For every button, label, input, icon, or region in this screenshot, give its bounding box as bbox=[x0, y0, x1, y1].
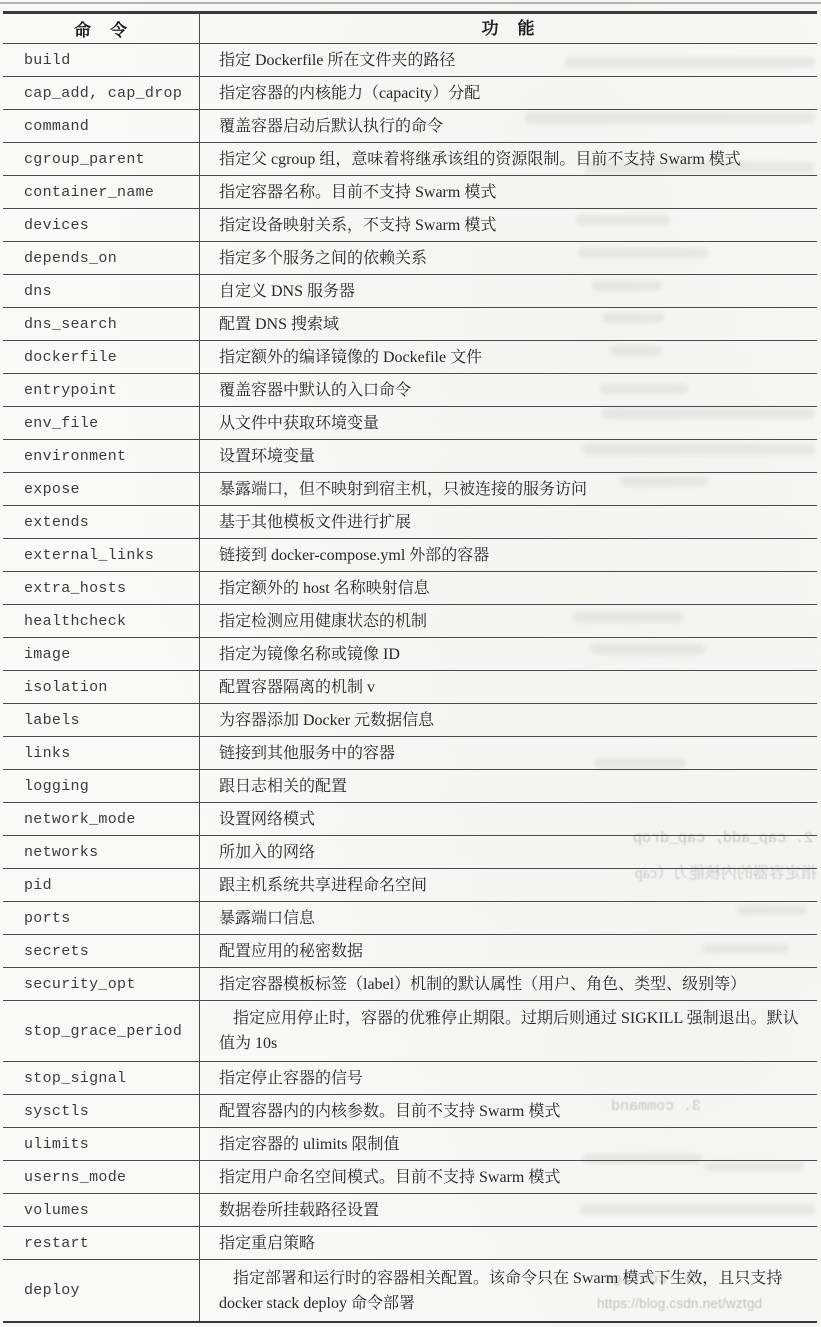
table-row: stop_signal 指定停止容器的信号 bbox=[3, 1062, 817, 1095]
command-cell-text: extra_hosts bbox=[24, 580, 126, 597]
command-cell: image bbox=[3, 638, 200, 670]
command-cell: environment bbox=[3, 440, 200, 472]
table-row: labels 为容器添加 Docker 元数据信息 bbox=[3, 704, 817, 737]
page-top-rule bbox=[0, 2, 821, 4]
function-cell-text: 所加入的网络 bbox=[219, 840, 315, 865]
function-cell-text: 跟日志相关的配置 bbox=[219, 774, 347, 799]
table-row: extra_hosts 指定额外的 host 名称映射信息 bbox=[3, 572, 817, 605]
command-cell-text: extends bbox=[24, 514, 89, 531]
command-cell-text: command bbox=[24, 118, 89, 135]
function-cell: 配置 DNS 搜索域 bbox=[200, 308, 817, 340]
table-row: healthcheck 指定检测应用健康状态的机制 bbox=[3, 605, 817, 638]
table-row: dns 自定义 DNS 服务器 bbox=[3, 275, 817, 308]
function-cell: 暴露端口，但不映射到宿主机，只被连接的服务访问 bbox=[200, 473, 817, 505]
command-cell-text: container_name bbox=[24, 184, 154, 201]
command-cell: container_name bbox=[3, 176, 200, 208]
command-cell-text: build bbox=[24, 52, 71, 69]
csdn-watermark: https://blog.csdn.net/wztgd bbox=[597, 1296, 819, 1311]
function-cell-text: 基于其他模板文件进行扩展 bbox=[219, 510, 411, 535]
table-row: secrets 配置应用的秘密数据 bbox=[3, 935, 817, 968]
function-cell: 指定设备映射关系，不支持 Swarm 模式 bbox=[200, 209, 817, 241]
command-cell: stop_grace_period bbox=[3, 1001, 200, 1061]
function-cell: 配置容器隔离的机制 v bbox=[200, 671, 817, 703]
function-cell-text: 指定容器的 ulimits 限制值 bbox=[219, 1132, 399, 1157]
command-cell: sysctls bbox=[3, 1095, 200, 1127]
table-row: security_opt 指定容器模板标签（label）机制的默认属性（用户、角… bbox=[3, 968, 817, 1001]
command-cell-text: network_mode bbox=[24, 811, 136, 828]
table-row: cap_add, cap_drop 指定容器的内核能力（capacity）分配 bbox=[3, 77, 817, 110]
table-row: isolation 配置容器隔离的机制 v bbox=[3, 671, 817, 704]
function-cell: 设置环境变量 bbox=[200, 440, 817, 472]
command-cell-text: devices bbox=[24, 217, 89, 234]
command-cell: dockerfile bbox=[3, 341, 200, 373]
function-cell-text: 配置容器隔离的机制 v bbox=[219, 675, 375, 700]
table-row: networks 所加入的网络 bbox=[3, 836, 817, 869]
function-cell-text: 设置网络模式 bbox=[219, 807, 315, 832]
command-cell: dns_search bbox=[3, 308, 200, 340]
function-cell-text: 指定额外的 host 名称映射信息 bbox=[219, 576, 430, 601]
command-cell-text: dns bbox=[24, 283, 52, 300]
function-cell-text: 暴露端口，但不映射到宿主机，只被连接的服务访问 bbox=[219, 477, 587, 502]
table-header-row: 命 令 功 能 bbox=[3, 14, 817, 44]
table-row: deploy 指定部署和运行时的容器相关配置。该命令只在 Swarm 模式下生效… bbox=[3, 1260, 817, 1321]
command-cell: devices bbox=[3, 209, 200, 241]
command-cell-text: secrets bbox=[24, 943, 89, 960]
function-cell-text: 设置环境变量 bbox=[219, 444, 315, 469]
command-cell-text: stop_signal bbox=[24, 1070, 126, 1087]
function-cell: 覆盖容器启动后默认执行的命令 bbox=[200, 110, 817, 142]
function-cell-text: 指定多个服务之间的依赖关系 bbox=[219, 246, 427, 271]
function-cell-text: 指定停止容器的信号 bbox=[219, 1066, 363, 1091]
command-cell: healthcheck bbox=[3, 605, 200, 637]
command-cell: depends_on bbox=[3, 242, 200, 274]
function-cell: 数据卷所挂载路径设置 bbox=[200, 1194, 817, 1226]
table-row: volumes 数据卷所挂载路径设置 bbox=[3, 1194, 817, 1227]
function-cell-text: 数据卷所挂载路径设置 bbox=[219, 1198, 379, 1223]
command-cell: external_links bbox=[3, 539, 200, 571]
function-cell: 指定为镜像名称或镜像 ID bbox=[200, 638, 817, 670]
function-cell: 指定额外的 host 名称映射信息 bbox=[200, 572, 817, 604]
function-cell-text: 指定用户命名空间模式。目前不支持 Swarm 模式 bbox=[219, 1165, 560, 1190]
command-cell-text: security_opt bbox=[24, 976, 136, 993]
function-cell: 指定额外的编译镜像的 Dockefile 文件 bbox=[200, 341, 817, 373]
table-row: extends 基于其他模板文件进行扩展 bbox=[3, 506, 817, 539]
command-cell-text: userns_mode bbox=[24, 1169, 126, 1186]
function-cell: 指定容器名称。目前不支持 Swarm 模式 bbox=[200, 176, 817, 208]
function-cell: 链接到 docker-compose.yml 外部的容器 bbox=[200, 539, 817, 571]
table-row: expose 暴露端口，但不映射到宿主机，只被连接的服务访问 bbox=[3, 473, 817, 506]
command-cell: volumes bbox=[3, 1194, 200, 1226]
function-cell-text: 覆盖容器中默认的入口命令 bbox=[219, 378, 411, 403]
command-cell-text: volumes bbox=[24, 1202, 89, 1219]
command-cell-text: environment bbox=[24, 448, 126, 465]
command-cell-text: stop_grace_period bbox=[24, 1023, 182, 1040]
function-cell-text: 指定容器模板标签（label）机制的默认属性（用户、角色、类型、级别等） bbox=[219, 972, 746, 997]
command-cell-text: labels bbox=[24, 712, 80, 729]
command-cell: extends bbox=[3, 506, 200, 538]
command-cell-text: healthcheck bbox=[24, 613, 126, 630]
table-row: logging 跟日志相关的配置 bbox=[3, 770, 817, 803]
table-row: dns_search 配置 DNS 搜索域 bbox=[3, 308, 817, 341]
command-column-header-text: 命 令 bbox=[74, 16, 128, 42]
command-cell: userns_mode bbox=[3, 1161, 200, 1193]
function-cell: 指定 Dockerfile 所在文件夹的路径 bbox=[200, 44, 817, 76]
command-cell: expose bbox=[3, 473, 200, 505]
function-cell-text: 从文件中获取环境变量 bbox=[219, 411, 379, 436]
command-cell-text: dns_search bbox=[24, 316, 117, 333]
function-cell-text: 配置 DNS 搜索域 bbox=[219, 312, 339, 337]
function-cell: 指定父 cgroup 组，意味着将继承该组的资源限制。目前不支持 Swarm 模… bbox=[200, 143, 817, 175]
command-cell: cgroup_parent bbox=[3, 143, 200, 175]
function-cell: 指定检测应用健康状态的机制 bbox=[200, 605, 817, 637]
function-cell: 指定重启策略 bbox=[200, 1227, 817, 1259]
function-cell-text: 指定为镜像名称或镜像 ID bbox=[219, 642, 400, 667]
function-cell: 暴露端口信息 bbox=[200, 902, 817, 934]
function-cell-text: 指定检测应用健康状态的机制 bbox=[219, 609, 427, 634]
command-cell: secrets bbox=[3, 935, 200, 967]
function-cell-text: 暴露端口信息 bbox=[219, 906, 315, 931]
function-cell-text: 覆盖容器启动后默认执行的命令 bbox=[219, 114, 443, 139]
function-cell: 覆盖容器中默认的入口命令 bbox=[200, 374, 817, 406]
table-row: container_name 指定容器名称。目前不支持 Swarm 模式 bbox=[3, 176, 817, 209]
command-cell: restart bbox=[3, 1227, 200, 1259]
function-column-header-text: 功 能 bbox=[482, 16, 536, 41]
command-cell-text: networks bbox=[24, 844, 98, 861]
table-row: depends_on 指定多个服务之间的依赖关系 bbox=[3, 242, 817, 275]
function-cell: 配置应用的秘密数据 bbox=[200, 935, 817, 967]
function-cell: 跟主机系统共享进程命名空间 bbox=[200, 869, 817, 901]
command-cell: ulimits bbox=[3, 1128, 200, 1160]
function-cell-text: 指定容器名称。目前不支持 Swarm 模式 bbox=[219, 180, 496, 205]
function-cell: 指定容器的 ulimits 限制值 bbox=[200, 1128, 817, 1160]
table-row: devices 指定设备映射关系，不支持 Swarm 模式 bbox=[3, 209, 817, 242]
table-row: restart 指定重启策略 bbox=[3, 1227, 817, 1260]
function-cell: 跟日志相关的配置 bbox=[200, 770, 817, 802]
command-cell: security_opt bbox=[3, 968, 200, 1000]
table-row: cgroup_parent 指定父 cgroup 组，意味着将继承该组的资源限制… bbox=[3, 143, 817, 176]
function-cell: 指定容器的内核能力（capacity）分配 bbox=[200, 77, 817, 109]
scanned-page: 2. cap_add, cap_drop指定容器的内核能力（cap3. comm… bbox=[0, 0, 821, 1327]
table-row: ulimits 指定容器的 ulimits 限制值 bbox=[3, 1128, 817, 1161]
command-column-header: 命 令 bbox=[3, 14, 200, 43]
command-cell-text: ports bbox=[24, 910, 71, 927]
function-cell: 链接到其他服务中的容器 bbox=[200, 737, 817, 769]
command-cell: pid bbox=[3, 869, 200, 901]
command-cell: logging bbox=[3, 770, 200, 802]
command-cell-text: depends_on bbox=[24, 250, 117, 267]
table-row: environment 设置环境变量 bbox=[3, 440, 817, 473]
function-cell-text: 指定父 cgroup 组，意味着将继承该组的资源限制。目前不支持 Swarm 模… bbox=[219, 147, 741, 172]
function-cell-text: 跟主机系统共享进程命名空间 bbox=[219, 873, 427, 898]
command-cell: deploy bbox=[3, 1260, 200, 1321]
command-cell: network_mode bbox=[3, 803, 200, 835]
table-row: entrypoint 覆盖容器中默认的入口命令 bbox=[3, 374, 817, 407]
table-row: ports 暴露端口信息 bbox=[3, 902, 817, 935]
command-cell: ports bbox=[3, 902, 200, 934]
function-cell: 指定部署和运行时的容器相关配置。该命令只在 Swarm 模式下生效，且只支持 d… bbox=[200, 1260, 817, 1321]
command-cell-text: sysctls bbox=[24, 1103, 89, 1120]
function-cell-text: 指定设备映射关系，不支持 Swarm 模式 bbox=[219, 213, 496, 238]
command-cell: isolation bbox=[3, 671, 200, 703]
command-cell: networks bbox=[3, 836, 200, 868]
function-cell: 指定停止容器的信号 bbox=[200, 1062, 817, 1094]
function-cell-text: 指定重启策略 bbox=[219, 1231, 315, 1256]
command-cell-text: deploy bbox=[24, 1282, 80, 1299]
function-cell: 所加入的网络 bbox=[200, 836, 817, 868]
table-row: sysctls 配置容器内的内核参数。目前不支持 Swarm 模式 bbox=[3, 1095, 817, 1128]
command-cell-text: expose bbox=[24, 481, 80, 498]
function-cell-text: 自定义 DNS 服务器 bbox=[219, 279, 355, 304]
function-cell-text: 链接到其他服务中的容器 bbox=[219, 741, 395, 766]
command-cell-text: external_links bbox=[24, 547, 154, 564]
command-cell-text: entrypoint bbox=[24, 382, 117, 399]
function-cell-text: 指定额外的编译镜像的 Dockefile 文件 bbox=[219, 345, 482, 370]
command-cell: labels bbox=[3, 704, 200, 736]
command-cell: build bbox=[3, 44, 200, 76]
command-cell-text: cap_add, cap_drop bbox=[24, 85, 182, 102]
function-column-header: 功 能 bbox=[200, 14, 817, 43]
table-row: external_links 链接到 docker-compose.yml 外部… bbox=[3, 539, 817, 572]
command-cell-text: isolation bbox=[24, 679, 108, 696]
function-cell-text: 链接到 docker-compose.yml 外部的容器 bbox=[219, 543, 489, 568]
function-cell: 指定用户命名空间模式。目前不支持 Swarm 模式 bbox=[200, 1161, 817, 1193]
table-row: command 覆盖容器启动后默认执行的命令 bbox=[3, 110, 817, 143]
function-cell-text: 指定 Dockerfile 所在文件夹的路径 bbox=[219, 48, 455, 73]
command-cell-text: cgroup_parent bbox=[24, 151, 145, 168]
command-cell: env_file bbox=[3, 407, 200, 439]
command-cell-text: restart bbox=[24, 1235, 89, 1252]
compose-commands-table: 命 令 功 能 build 指定 Dockerfile 所在文件夹的路径 cap… bbox=[3, 11, 817, 1323]
function-cell: 指定容器模板标签（label）机制的默认属性（用户、角色、类型、级别等） bbox=[200, 968, 817, 1000]
function-cell: 设置网络模式 bbox=[200, 803, 817, 835]
function-cell: 基于其他模板文件进行扩展 bbox=[200, 506, 817, 538]
command-cell-text: ulimits bbox=[24, 1136, 89, 1153]
command-cell: stop_signal bbox=[3, 1062, 200, 1094]
function-cell: 配置容器内的内核参数。目前不支持 Swarm 模式 bbox=[200, 1095, 817, 1127]
table-row: stop_grace_period 指定应用停止时，容器的优雅停止期限。过期后则… bbox=[3, 1001, 817, 1062]
compose-table-body: build 指定 Dockerfile 所在文件夹的路径 cap_add, ca… bbox=[3, 44, 817, 1321]
function-cell-text: 配置容器内的内核参数。目前不支持 Swarm 模式 bbox=[219, 1099, 560, 1124]
command-cell: command bbox=[3, 110, 200, 142]
function-cell-text: 指定容器的内核能力（capacity）分配 bbox=[219, 81, 480, 106]
function-cell-text: 配置应用的秘密数据 bbox=[219, 939, 363, 964]
function-cell-text: 为容器添加 Docker 元数据信息 bbox=[219, 708, 434, 733]
table-row: dockerfile 指定额外的编译镜像的 Dockefile 文件 bbox=[3, 341, 817, 374]
command-cell-text: pid bbox=[24, 877, 52, 894]
command-cell-text: logging bbox=[24, 778, 89, 795]
function-cell: 指定多个服务之间的依赖关系 bbox=[200, 242, 817, 274]
command-cell: dns bbox=[3, 275, 200, 307]
function-cell: 自定义 DNS 服务器 bbox=[200, 275, 817, 307]
command-cell-text: links bbox=[24, 745, 71, 762]
table-row: pid 跟主机系统共享进程命名空间 bbox=[3, 869, 817, 902]
function-cell-text: 指定应用停止时，容器的优雅停止期限。过期后则通过 SIGKILL 强制退出。默认… bbox=[219, 1006, 809, 1056]
command-cell: entrypoint bbox=[3, 374, 200, 406]
function-cell: 为容器添加 Docker 元数据信息 bbox=[200, 704, 817, 736]
function-cell: 指定应用停止时，容器的优雅停止期限。过期后则通过 SIGKILL 强制退出。默认… bbox=[200, 1001, 817, 1061]
table-row: network_mode 设置网络模式 bbox=[3, 803, 817, 836]
command-cell-text: dockerfile bbox=[24, 349, 117, 366]
command-cell: links bbox=[3, 737, 200, 769]
function-cell: 从文件中获取环境变量 bbox=[200, 407, 817, 439]
table-row: env_file 从文件中获取环境变量 bbox=[3, 407, 817, 440]
command-cell: cap_add, cap_drop bbox=[3, 77, 200, 109]
table-row: userns_mode 指定用户命名空间模式。目前不支持 Swarm 模式 bbox=[3, 1161, 817, 1194]
table-row: links 链接到其他服务中的容器 bbox=[3, 737, 817, 770]
command-cell-text: image bbox=[24, 646, 71, 663]
table-row: build 指定 Dockerfile 所在文件夹的路径 bbox=[3, 44, 817, 77]
command-cell: extra_hosts bbox=[3, 572, 200, 604]
table-row: image 指定为镜像名称或镜像 ID bbox=[3, 638, 817, 671]
command-cell-text: env_file bbox=[24, 415, 98, 432]
